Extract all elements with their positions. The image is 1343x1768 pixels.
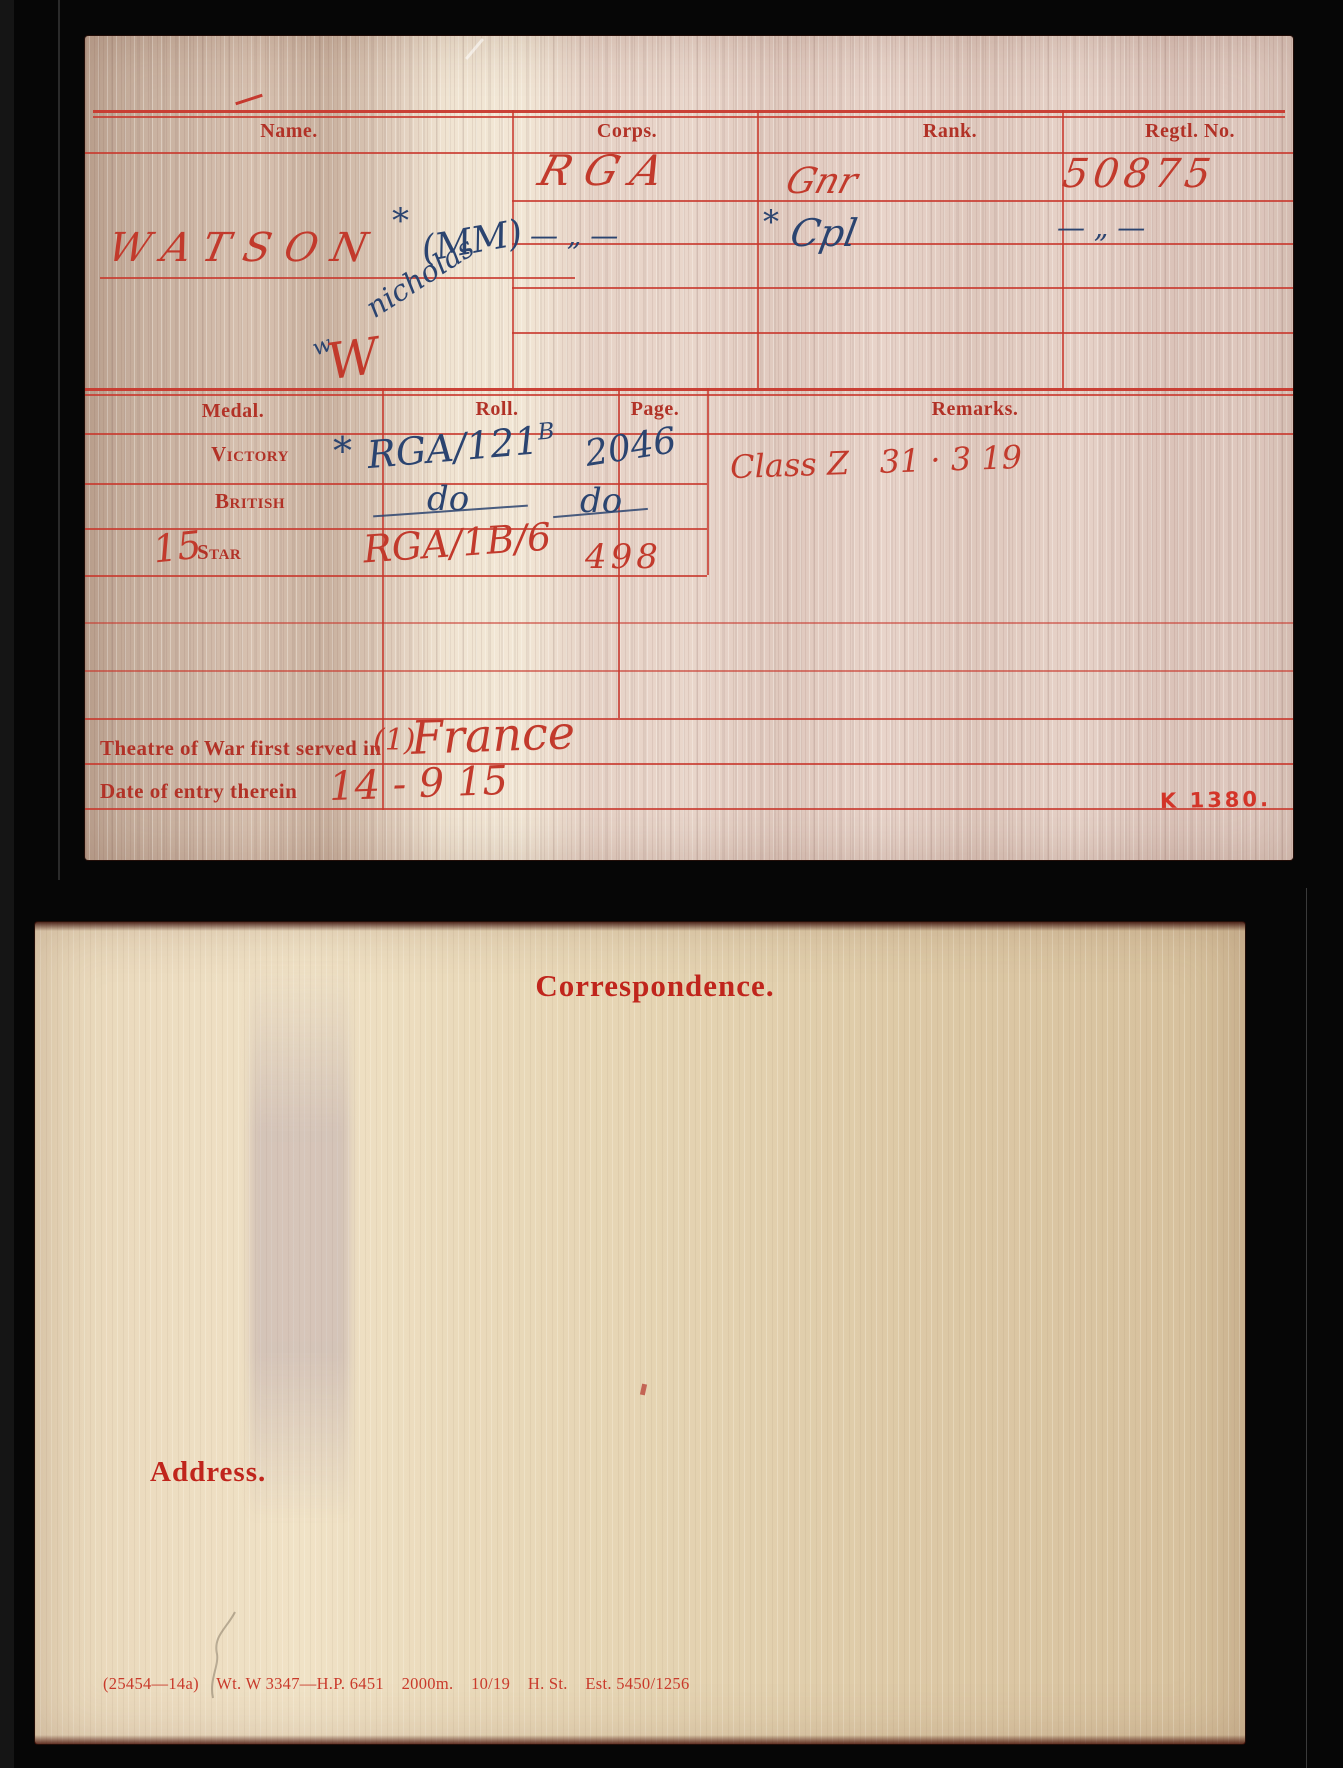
rank-column-header: Rank. [900,120,1000,143]
ruled-line [512,243,1293,245]
ruled-line [85,763,1293,765]
medal-index-card-front: Name. Corps. Rank. Regtl. No. WATSON * (… [85,36,1293,860]
scan-line [58,0,60,880]
roll-number: RGA/121 [365,418,540,477]
rank-revised-handwriting: Cpl [788,214,860,252]
scan-edge-strip [0,0,14,1768]
medal-index-card-back: Correspondence. Address. (25454—14a) Wt.… [35,922,1245,1744]
ruled-line [100,277,575,279]
reference-stamp: K 1380. [1160,787,1271,813]
ruled-line [85,718,1293,720]
star-roll-handwriting: RGA/1B/6 [362,517,552,568]
ruled-line [85,388,1293,391]
monogram-handwriting: W [324,331,382,388]
ruled-line [85,394,1293,396]
printer-imprint: (25454—14a) Wt. W 3347—H.P. 6451 2000m. … [103,1674,690,1694]
asterisk-mark: * [763,206,779,238]
scratch-mark [465,38,484,60]
regtl-no-column-header: Regtl. No. [1105,120,1275,143]
ruled-line [85,670,1293,672]
surname-handwriting: WATSON [105,228,385,268]
ruled-line [512,200,1293,202]
medal-row-star-label: Star [197,540,277,565]
ruled-line [85,622,1293,624]
victory-roll-handwriting: RGA/121B [366,420,557,474]
corps-ditto-mark: — „ — [530,222,618,250]
medal-row-victory-label: Victory [180,442,320,467]
corps-column-header: Corps. [567,120,687,143]
regtl-no-value-handwriting: 50875 [1060,154,1218,194]
asterisk-mark: * [333,432,352,470]
theatre-value-handwriting: France [410,709,575,761]
column-divider [1062,110,1064,388]
victory-page-handwriting: 2046 [583,423,679,473]
ink-speck [640,1384,647,1396]
date-of-entry-handwriting: 14 - 9 15 [328,761,508,807]
address-label: Address. [150,1456,266,1489]
remarks-handwriting: Class Z 31 · 3 19 [730,441,1023,483]
roll-superscript: B [537,418,556,445]
medal-column-header: Medal. [173,400,293,423]
asterisk-mark: * [392,204,409,238]
roll-column-header: Roll. [437,398,557,421]
british-roll-ditto: do [427,482,469,516]
ruled-line [93,110,1285,113]
star-prefix-handwriting: 15 [151,526,203,569]
regtl-no-ditto-mark: — „ — [1057,214,1145,242]
scan-color-band [250,962,350,1522]
british-page-ditto: do [580,484,622,518]
rank-value-handwriting: Gnr [782,164,861,200]
scanned-document-page: Name. Corps. Rank. Regtl. No. WATSON * (… [0,0,1343,1768]
ruled-line [85,433,1293,435]
ruled-line [512,332,1293,334]
column-divider [757,110,759,388]
scan-line [1306,888,1307,1768]
ruled-line [93,116,1285,118]
name-column-header: Name. [229,120,349,143]
remarks-column-header: Remarks. [905,398,1045,421]
ruled-line [512,287,1293,289]
correspondence-title: Correspondence. [490,968,820,1004]
theatre-prefix-handwriting: (1) [373,726,416,756]
medal-row-british-label: British [180,489,320,514]
page-column-header: Page. [600,398,710,421]
ruled-line [85,808,1293,810]
corps-value-handwriting: R G A [534,150,668,192]
ink-tick [235,94,263,106]
star-page-handwriting: 498 [585,540,662,574]
